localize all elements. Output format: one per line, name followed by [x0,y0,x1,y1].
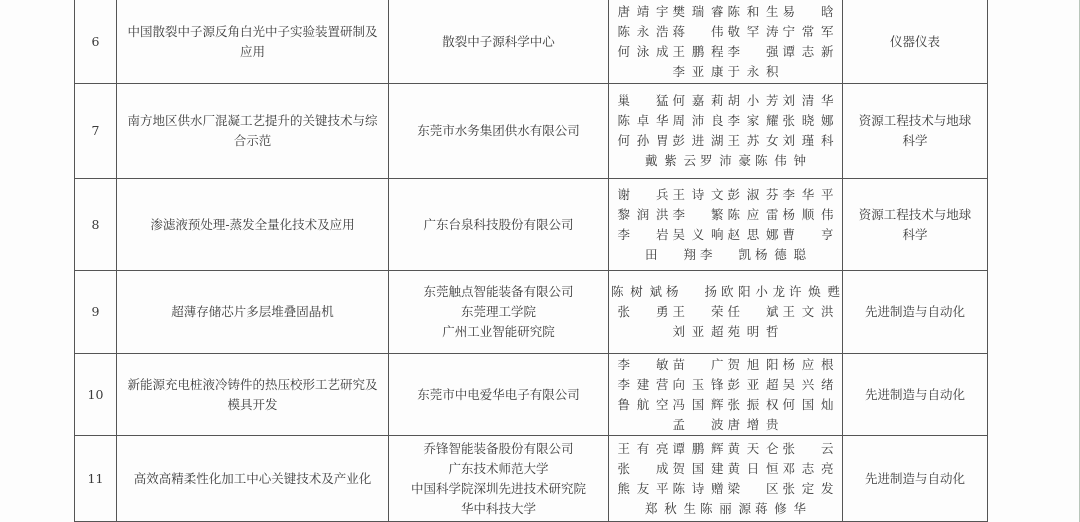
person-name: 敬罕涛 [728,22,779,42]
person-name: 李亚康 [673,62,724,82]
table-row: 7南方地区供水厂混凝工艺提升的关键技术与综合示范东莞市水务集团供水有限公司巢 猛… [75,84,988,179]
completer-line: 唐靖宇樊瑞睿陈和生易 晗 [616,2,836,22]
person-name: 黄天仑 [728,439,779,459]
person-name: 贺旭阳 [728,355,779,375]
row-number: 11 [75,436,117,522]
row-number: 6 [75,0,117,84]
project-name: 高效高精柔性化加工中心关键技术及产业化 [117,436,389,522]
person-name: 李 凯 [700,245,751,265]
completing-units: 散裂中子源科学中心 [389,0,609,84]
person-name: 曹 亨 [783,225,834,245]
person-name: 何嘉莉 [673,91,724,111]
person-name: 杨 扬 [666,282,717,302]
completers: 谢 兵王诗文彭淑芬李华平黎润洪李 繁陈应雷杨顺伟李 岩吴义响赵思娜曹 亨田 翔李… [609,179,843,271]
person-name: 谢 兵 [618,185,669,205]
row-number: 8 [75,179,117,271]
completing-units: 广东台泉科技股份有限公司 [389,179,609,271]
project-name: 超薄存储芯片多层堆叠固晶机 [117,271,389,354]
completer-line: 巢 猛何嘉莉胡小芳刘清华 [616,91,836,111]
person-name: 苗 广 [673,355,724,375]
person-name: 杨应根 [783,355,834,375]
completer-line: 郑秋生陈丽源蒋修华 [643,499,808,519]
project-name: 南方地区供水厂混凝工艺提升的关键技术与综合示范 [117,84,389,179]
person-name: 刘亚超 [673,322,724,342]
person-name: 王苏女 [728,131,779,151]
person-name: 张 云 [783,439,834,459]
discipline-category: 先进制造与自动化 [843,271,988,354]
person-name: 黄日恒 [728,459,779,479]
person-name: 李华平 [783,185,834,205]
completer-line: 刘亚超苑明哲 [671,322,781,342]
person-name: 许焕甦 [789,282,840,302]
person-name: 杨顺伟 [783,205,834,225]
person-name: 唐靖宇 [618,2,669,22]
person-name: 欧阳小龙 [721,282,785,302]
row-number: 10 [75,354,117,436]
person-name: 王诗文 [673,185,724,205]
unit-name: 中国科学院深圳先进技术研究院 [389,479,608,499]
unit-name: 东莞市中电爱华电子有限公司 [389,385,608,405]
person-name: 陈伟钟 [755,151,806,171]
person-name: 孟 波 [673,415,724,435]
completer-line: 谢 兵王诗文彭淑芬李华平 [616,185,836,205]
unit-name: 东莞市水务集团供水有限公司 [389,121,608,141]
completer-line: 何泳成王鹏程李 强谭志新 [616,42,836,62]
person-name: 陈永浩 [618,22,669,42]
discipline-category: 先进制造与自动化 [843,354,988,436]
person-name: 彭淑芬 [728,185,779,205]
person-name: 谭鹏辉 [673,439,724,459]
person-name: 戴紫云 [645,151,696,171]
table-row: 11高效高精柔性化加工中心关键技术及产业化乔锋智能装备股份有限公司广东技术师范大… [75,436,988,522]
person-name: 陈诗赠 [673,479,724,499]
person-name: 梁 区 [728,479,779,499]
project-name: 中国散裂中子源反角白光中子实验装置研制及应用 [117,0,389,84]
person-name: 何孙胃 [618,131,669,151]
person-name: 陈应雷 [728,205,779,225]
person-name: 胡小芳 [728,91,779,111]
awards-table: 6中国散裂中子源反角白光中子实验装置研制及应用散裂中子源科学中心唐靖宇樊瑞睿陈和… [74,0,988,522]
completers: 巢 猛何嘉莉胡小芳刘清华陈卓华周沛良李家耀张晓娜何孙胃彭进湖王苏女刘瑾科戴紫云罗… [609,84,843,179]
person-name: 王鹏程 [673,42,724,62]
person-name: 张 成 [618,459,669,479]
completer-line: 陈永浩蒋 伟敬罕涛宁常军 [616,22,836,42]
person-name: 熊友平 [618,479,669,499]
completers: 陈树斌杨 扬欧阳小龙许焕甦张 勇王 荣任 斌王文洪刘亚超苑明哲 [609,271,843,354]
completer-line: 戴紫云罗沛豪陈伟钟 [643,151,808,171]
completer-line: 何孙胃彭进湖王苏女刘瑾科 [616,131,836,151]
completing-units: 乔锋智能装备股份有限公司广东技术师范大学中国科学院深圳先进技术研究院华中科技大学 [389,436,609,522]
completer-line: 张 勇王 荣任 斌王文洪 [616,302,836,322]
person-name: 陈和生 [728,2,779,22]
completer-line: 李 岩吴义响赵思娜曹 亨 [616,225,836,245]
completer-line: 田 翔李 凯杨德聪 [643,245,808,265]
person-name: 赵思娜 [728,225,779,245]
unit-name: 广东台泉科技股份有限公司 [389,215,608,235]
discipline-category: 先进制造与自动化 [843,436,988,522]
unit-name: 散裂中子源科学中心 [389,32,608,52]
person-name: 陈树斌 [611,282,662,302]
person-name: 宁常军 [783,22,834,42]
completers: 王有亮谭鹏辉黄天仑张 云张 成贺国建黄日恒邓志亮熊友平陈诗赠梁 区张定发郑秋生陈… [609,436,843,522]
table-row: 9超薄存储芯片多层堆叠固晶机东莞触点智能装备有限公司东莞理工学院广州工业智能研究… [75,271,988,354]
person-name: 彭进湖 [673,131,724,151]
person-name: 何泳成 [618,42,669,62]
person-name: 巢 猛 [618,91,669,111]
person-name: 任 斌 [728,302,779,322]
person-name: 彭亚超 [728,375,779,395]
person-name: 苑明哲 [728,322,779,342]
person-name: 王有亮 [618,439,669,459]
person-name: 刘瑾科 [783,131,834,151]
unit-name: 华中科技大学 [389,499,608,519]
completer-line: 李建营向玉锋彭亚超吴兴绪 [616,375,836,395]
discipline-category: 资源工程技术与地球科学 [843,179,988,271]
table-row: 6中国散裂中子源反角白光中子实验装置研制及应用散裂中子源科学中心唐靖宇樊瑞睿陈和… [75,0,988,84]
unit-name: 乔锋智能装备股份有限公司 [389,439,608,459]
person-name: 王 荣 [673,302,724,322]
row-number: 7 [75,84,117,179]
person-name: 李建营 [618,375,669,395]
completing-units: 东莞市中电爱华电子有限公司 [389,354,609,436]
person-name: 李 强 [728,42,779,62]
person-name: 郑秋生 [645,499,696,519]
completer-line: 张 成贺国建黄日恒邓志亮 [616,459,836,479]
person-name: 罗沛豪 [700,151,751,171]
person-name: 谭志新 [783,42,834,62]
person-name: 易 晗 [783,2,834,22]
completers: 李 敏苗 广贺旭阳杨应根李建营向玉锋彭亚超吴兴绪鲁航空冯国辉张振权何国灿孟 波唐… [609,354,843,436]
person-name: 杨德聪 [755,245,806,265]
person-name: 于永积 [728,62,779,82]
completing-units: 东莞市水务集团供水有限公司 [389,84,609,179]
completer-line: 黎润洪李 繁陈应雷杨顺伟 [616,205,836,225]
completer-line: 鲁航空冯国辉张振权何国灿 [616,395,836,415]
project-name: 渗滤液预处理-蒸发全量化技术及应用 [117,179,389,271]
person-name: 周沛良 [673,111,724,131]
completer-line: 熊友平陈诗赠梁 区张定发 [616,479,836,499]
table-row: 8渗滤液预处理-蒸发全量化技术及应用广东台泉科技股份有限公司谢 兵王诗文彭淑芬李… [75,179,988,271]
completing-units: 东莞触点智能装备有限公司东莞理工学院广州工业智能研究院 [389,271,609,354]
person-name: 刘清华 [783,91,834,111]
person-name: 邓志亮 [783,459,834,479]
unit-name: 广州工业智能研究院 [389,322,608,342]
person-name: 唐增贵 [728,415,779,435]
person-name: 贺国建 [673,459,724,479]
completer-line: 陈卓华周沛良李家耀张晓娜 [616,111,836,131]
person-name: 何国灿 [783,395,834,415]
person-name: 吴兴绪 [783,375,834,395]
project-name: 新能源充电桩液冷铸件的热压校形工艺研究及模具开发 [117,354,389,436]
person-name: 李 岩 [618,225,669,245]
completers: 唐靖宇樊瑞睿陈和生易 晗陈永浩蒋 伟敬罕涛宁常军何泳成王鹏程李 强谭志新李亚康于… [609,0,843,84]
person-name: 蒋 伟 [673,22,724,42]
person-name: 蒋修华 [755,499,806,519]
unit-name: 东莞理工学院 [389,302,608,322]
completer-line: 孟 波唐增贵 [671,415,781,435]
person-name: 鲁航空 [618,395,669,415]
person-name: 张 勇 [618,302,669,322]
person-name: 张晓娜 [783,111,834,131]
row-number: 9 [75,271,117,354]
person-name: 田 翔 [645,245,696,265]
completer-line: 李 敏苗 广贺旭阳杨应根 [616,355,836,375]
table-row: 10新能源充电桩液冷铸件的热压校形工艺研究及模具开发东莞市中电爱华电子有限公司李… [75,354,988,436]
unit-name: 广东技术师范大学 [389,459,608,479]
person-name: 张振权 [728,395,779,415]
person-name: 陈丽源 [700,499,751,519]
person-name: 李家耀 [728,111,779,131]
person-name: 樊瑞睿 [673,2,724,22]
completer-line: 李亚康于永积 [671,62,781,82]
person-name: 王文洪 [783,302,834,322]
person-name: 李 敏 [618,355,669,375]
person-name: 李 繁 [673,205,724,225]
person-name: 吴义响 [673,225,724,245]
person-name: 张定发 [783,479,834,499]
completer-line: 王有亮谭鹏辉黄天仑张 云 [616,439,836,459]
unit-name: 东莞触点智能装备有限公司 [389,282,608,302]
discipline-category: 仪器仪表 [843,0,988,84]
completer-line: 陈树斌杨 扬欧阳小龙许焕甦 [609,282,842,302]
person-name: 冯国辉 [673,395,724,415]
person-name: 黎润洪 [618,205,669,225]
person-name: 向玉锋 [673,375,724,395]
discipline-category: 资源工程技术与地球科学 [843,84,988,179]
person-name: 陈卓华 [618,111,669,131]
